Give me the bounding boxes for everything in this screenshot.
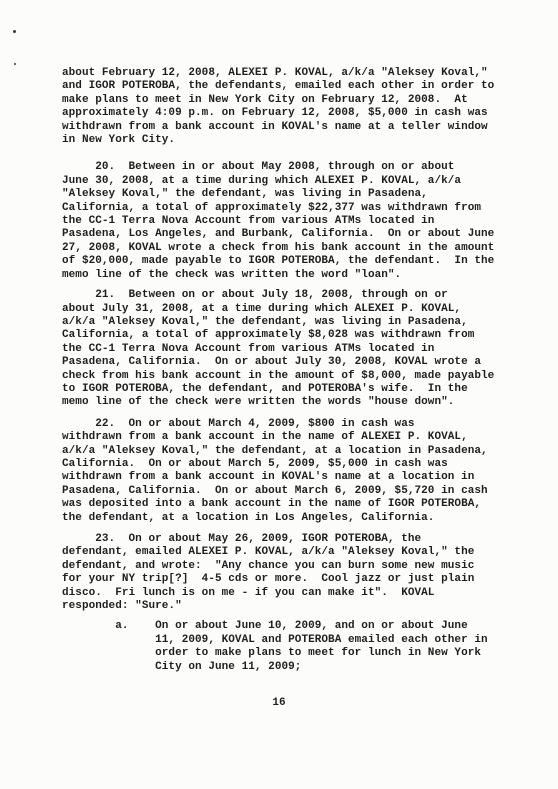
paragraph-20: 20. Between in or about May 2008, throug…: [62, 161, 522, 282]
scan-speck: [13, 30, 16, 33]
paragraph-23: 23. On or about May 26, 2009, IGOR POTER…: [62, 533, 522, 613]
page-number: 16: [0, 697, 558, 710]
subparagraph-a: a. On or about June 10, 2009, and on or …: [62, 620, 522, 674]
paragraph-22: 22. On or about March 4, 2009, $800 in c…: [62, 418, 522, 525]
document-body: about February 12, 2008, ALEXEI P. KOVAL…: [62, 67, 522, 674]
paragraph-21: 21. Between on or about July 18, 2008, t…: [62, 289, 522, 410]
paragraph-19-continuation: about February 12, 2008, ALEXEI P. KOVAL…: [62, 67, 522, 147]
scan-speck: [14, 63, 16, 65]
document-page: about February 12, 2008, ALEXEI P. KOVAL…: [0, 0, 558, 789]
